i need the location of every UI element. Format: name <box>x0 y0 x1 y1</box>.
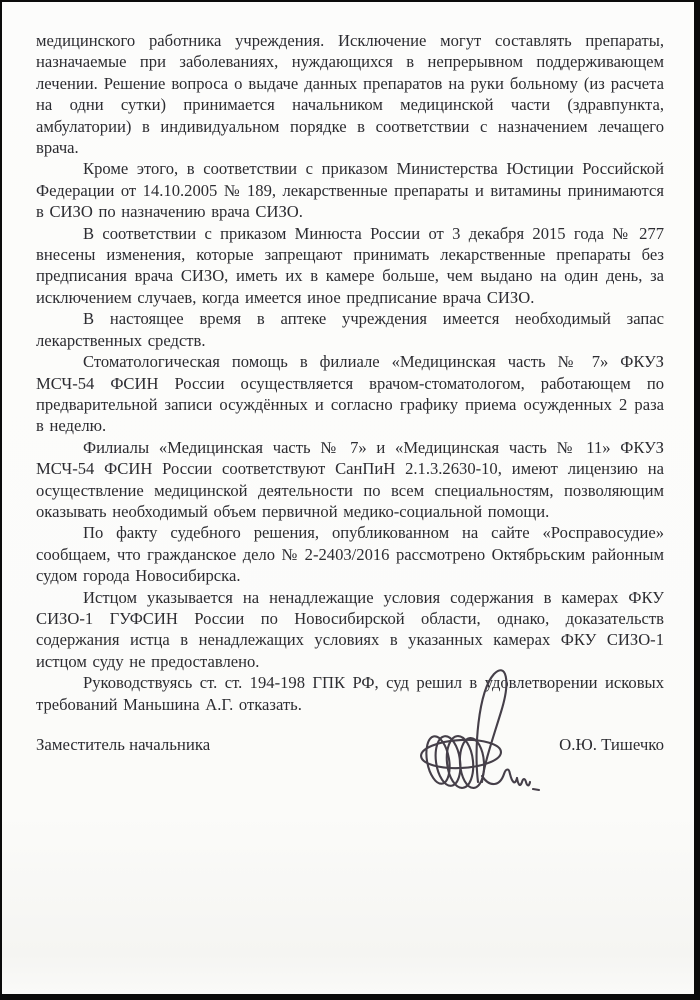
paragraph: медицинского работника учреждения. Исклю… <box>36 30 664 158</box>
letter-body-text: медицинского работника учреждения. Исклю… <box>36 30 664 715</box>
paragraph: Кроме этого, в соответствии с приказом М… <box>36 158 664 222</box>
paragraph: Истцом указывается на ненадлежащие услов… <box>36 587 664 673</box>
scanned-document-frame: медицинского работника учреждения. Исклю… <box>0 0 700 1000</box>
signature-block: Заместитель начальника О.Ю. Тишечко <box>36 735 664 755</box>
paragraph: По факту судебного решения, опубликованн… <box>36 522 664 586</box>
paragraph: Руководствуясь ст. ст. 194-198 ГПК РФ, с… <box>36 672 664 715</box>
paragraph: Стоматологическая помощь в филиале «Меди… <box>36 351 664 437</box>
paragraph: Филиалы «Медицинская часть № 7» и «Медиц… <box>36 437 664 523</box>
paragraph: В настоящее время в аптеке учреждения им… <box>36 308 664 351</box>
handwritten-signature-icon <box>420 664 542 796</box>
signatory-name: О.Ю. Тишечко <box>559 735 664 755</box>
position-title: Заместитель начальника <box>36 735 210 755</box>
paragraph: В соответствии с приказом Минюста России… <box>36 223 664 309</box>
document-page: медицинского работника учреждения. Исклю… <box>2 2 694 994</box>
